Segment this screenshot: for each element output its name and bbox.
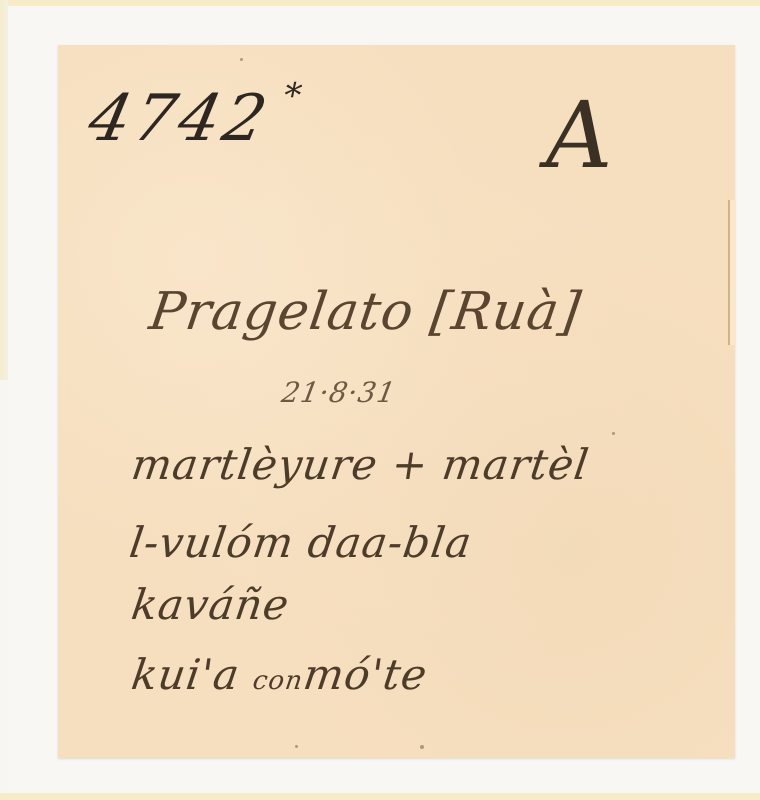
- paper-speck: [295, 745, 298, 748]
- paper-speck: [240, 58, 243, 61]
- handwritten-line-4: kui'a conmó'te: [129, 650, 431, 699]
- line-4-small: con: [251, 666, 305, 696]
- mount-strip-bottom: [0, 793, 760, 800]
- place-name: Pragelato [Ruà]: [146, 282, 585, 342]
- line-4-tail: mó'te: [300, 650, 430, 699]
- catalog-number: 4742*: [82, 82, 308, 156]
- mount-strip-left: [0, 0, 8, 380]
- card-fold-edge: [730, 200, 736, 345]
- card-fold-line: [728, 200, 730, 345]
- catalog-number-text: 4742: [82, 82, 277, 156]
- collection-date: 21·8·31: [279, 376, 399, 409]
- handwritten-line-1: martlèyure + martèl: [129, 440, 593, 489]
- line-4-main: kui'a: [129, 650, 243, 699]
- paper-speck: [612, 432, 615, 435]
- handwritten-line-3: kaváñe: [129, 580, 293, 629]
- handwritten-line-2: l-vulóm daa-bla: [127, 518, 476, 567]
- paper-speck: [420, 745, 424, 749]
